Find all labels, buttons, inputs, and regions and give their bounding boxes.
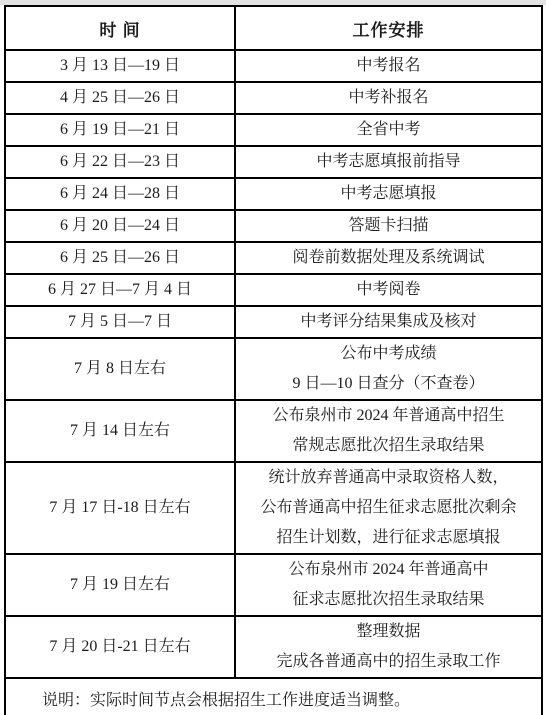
footer-note: 说明：实际时间节点会根据招生工作进度适当调整。	[5, 678, 542, 715]
header-time: 时 间	[5, 6, 235, 50]
time-cell: 7 月 8 日左右	[5, 338, 235, 400]
work-cell: 公布中考成绩9 日—10 日查分（不查卷）	[235, 338, 542, 400]
table-row: 6 月 20 日—24 日答题卡扫描	[5, 210, 542, 242]
work-line: 公布泉州市 2024 年普通高中招生	[240, 401, 537, 431]
work-line: 答题卡扫描	[240, 211, 537, 241]
work-cell: 中考报名	[235, 50, 542, 82]
work-line: 常规志愿批次招生录取结果	[240, 431, 537, 461]
table-footer: 说明：实际时间节点会根据招生工作进度适当调整。	[5, 678, 542, 715]
table-row: 6 月 22 日—23 日中考志愿填报前指导	[5, 146, 542, 178]
work-line: 阅卷前数据处理及系统调试	[240, 243, 537, 273]
work-line: 统计放弃普通高中录取资格人数，	[240, 463, 537, 493]
work-line: 招生计划数，进行征求志愿填报	[240, 523, 537, 553]
table-row: 7 月 5 日—7 日中考评分结果集成及核对	[5, 306, 542, 338]
work-line: 中考报名	[240, 51, 537, 81]
work-cell: 公布泉州市 2024 年普通高中征求志愿批次招生录取结果	[235, 554, 542, 616]
page: 时 间 工作安排 3 月 13 日—19 日中考报名4 月 25 日—26 日中…	[0, 0, 546, 715]
time-cell: 6 月 19 日—21 日	[5, 114, 235, 146]
work-cell: 答题卡扫描	[235, 210, 542, 242]
work-line: 征求志愿批次招生录取结果	[240, 585, 537, 615]
work-cell: 全省中考	[235, 114, 542, 146]
time-cell: 7 月 19 日左右	[5, 554, 235, 616]
time-cell: 7 月 17 日-18 日左右	[5, 462, 235, 554]
work-cell: 中考阅卷	[235, 274, 542, 306]
time-cell: 7 月 5 日—7 日	[5, 306, 235, 338]
schedule-table: 时 间 工作安排 3 月 13 日—19 日中考报名4 月 25 日—26 日中…	[4, 5, 543, 715]
table-body: 3 月 13 日—19 日中考报名4 月 25 日—26 日中考补报名6 月 1…	[5, 50, 542, 678]
table-row: 4 月 25 日—26 日中考补报名	[5, 82, 542, 114]
work-line: 公布中考成绩	[240, 339, 537, 369]
table-header: 时 间 工作安排	[5, 6, 542, 50]
work-cell: 中考评分结果集成及核对	[235, 306, 542, 338]
table-row: 7 月 20 日-21 日左右整理数据完成各普通高中的招生录取工作	[5, 616, 542, 678]
work-line: 公布泉州市 2024 年普通高中	[240, 555, 537, 585]
time-cell: 6 月 27 日—7 月 4 日	[5, 274, 235, 306]
work-cell: 阅卷前数据处理及系统调试	[235, 242, 542, 274]
time-cell: 6 月 25 日—26 日	[5, 242, 235, 274]
work-cell: 公布泉州市 2024 年普通高中招生常规志愿批次招生录取结果	[235, 400, 542, 462]
work-line: 中考评分结果集成及核对	[240, 307, 537, 337]
work-cell: 统计放弃普通高中录取资格人数，公布普通高中招生征求志愿批次剩余招生计划数，进行征…	[235, 462, 542, 554]
table-row: 7 月 14 日左右公布泉州市 2024 年普通高中招生常规志愿批次招生录取结果	[5, 400, 542, 462]
time-cell: 4 月 25 日—26 日	[5, 82, 235, 114]
work-line: 全省中考	[240, 115, 537, 145]
work-line: 完成各普通高中的招生录取工作	[240, 647, 537, 677]
table-row: 6 月 24 日—28 日中考志愿填报	[5, 178, 542, 210]
work-cell: 中考志愿填报	[235, 178, 542, 210]
work-line: 整理数据	[240, 617, 537, 647]
table-row: 6 月 19 日—21 日全省中考	[5, 114, 542, 146]
footer-row: 说明：实际时间节点会根据招生工作进度适当调整。	[5, 678, 542, 715]
table-row: 3 月 13 日—19 日中考报名	[5, 50, 542, 82]
time-cell: 6 月 24 日—28 日	[5, 178, 235, 210]
table-row: 6 月 25 日—26 日阅卷前数据处理及系统调试	[5, 242, 542, 274]
time-cell: 6 月 22 日—23 日	[5, 146, 235, 178]
work-cell: 整理数据完成各普通高中的招生录取工作	[235, 616, 542, 678]
work-cell: 中考志愿填报前指导	[235, 146, 542, 178]
work-cell: 中考补报名	[235, 82, 542, 114]
table-row: 7 月 8 日左右公布中考成绩9 日—10 日查分（不查卷）	[5, 338, 542, 400]
header-row: 时 间 工作安排	[5, 6, 542, 50]
work-line: 中考阅卷	[240, 275, 537, 305]
table-row: 7 月 19 日左右公布泉州市 2024 年普通高中征求志愿批次招生录取结果	[5, 554, 542, 616]
table-row: 7 月 17 日-18 日左右统计放弃普通高中录取资格人数，公布普通高中招生征求…	[5, 462, 542, 554]
work-line: 9 日—10 日查分（不查卷）	[240, 369, 537, 399]
work-line: 中考补报名	[240, 83, 537, 113]
table-row: 6 月 27 日—7 月 4 日中考阅卷	[5, 274, 542, 306]
work-line: 中考志愿填报	[240, 179, 537, 209]
work-line: 公布普通高中招生征求志愿批次剩余	[240, 493, 537, 523]
time-cell: 6 月 20 日—24 日	[5, 210, 235, 242]
time-cell: 7 月 20 日-21 日左右	[5, 616, 235, 678]
time-cell: 3 月 13 日—19 日	[5, 50, 235, 82]
time-cell: 7 月 14 日左右	[5, 400, 235, 462]
header-work: 工作安排	[235, 6, 542, 50]
work-line: 中考志愿填报前指导	[240, 147, 537, 177]
